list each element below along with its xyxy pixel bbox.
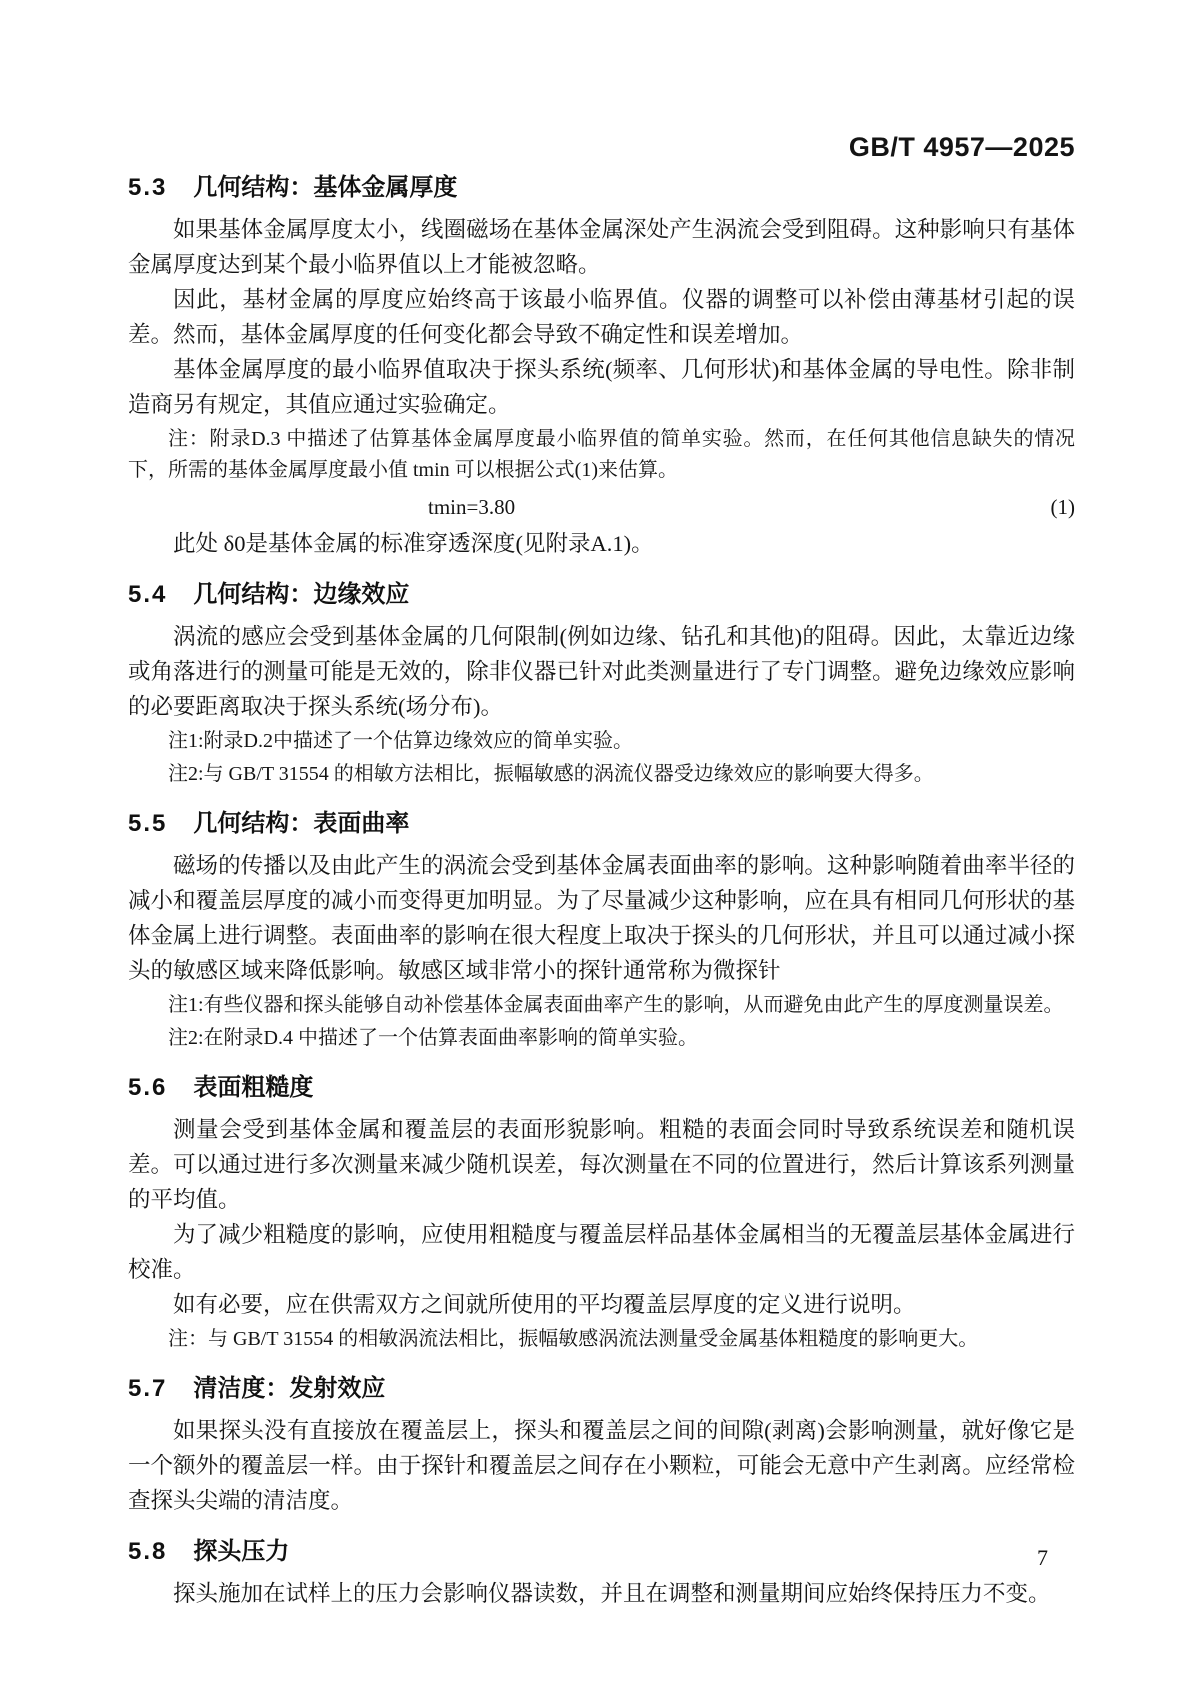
section-number: 5.3 [128,174,167,202]
paragraph: 基体金属厚度的最小临界值取决于探头系统(频率、几何形状)和基体金属的导电性。除非… [128,352,1075,422]
section-number: 5.6 [128,1074,167,1102]
section-title: 清洁度：发射效应 [193,1375,385,1403]
section-title: 探头压力 [193,1538,289,1566]
paragraph: 如果探头没有直接放在覆盖层上，探头和覆盖层之间的间隙(剥离)会影响测量，就好像它… [128,1413,1075,1518]
section-number: 5.5 [128,810,167,838]
paragraph: 探头施加在试样上的压力会影响仪器读数，并且在调整和测量期间应始终保持压力不变。 [128,1576,1075,1611]
section-number: 5.7 [128,1375,167,1403]
note: 注：附录D.3 中描述了估算基体金属厚度最小临界值的简单实验。然而，在任何其他信… [128,424,1075,486]
document-page: GB/T 4957—2025 5.3 几何结构：基体金属厚度 如果基体金属厚度太… [0,0,1190,1684]
section-title: 几何结构：表面曲率 [193,810,409,838]
paragraph: 如有必要，应在供需双方之间就所使用的平均覆盖层厚度的定义进行说明。 [128,1287,1075,1322]
paragraph: 因此，基材金属的厚度应始终高于该最小临界值。仪器的调整可以补偿由薄基材引起的误差… [128,282,1075,352]
section-heading-5-8: 5.8 探头压力 [128,1538,1075,1566]
paragraph: 此处 δ0是基体金属的标准穿透深度(见附录A.1)。 [128,526,1075,561]
section-number: 5.8 [128,1538,167,1566]
note: 注2:与 GB/T 31554 的相敏方法相比，振幅敏感的涡流仪器受边缘效应的影… [128,759,1075,790]
equation-number: (1) [1051,490,1076,524]
section-heading-5-7: 5.7 清洁度：发射效应 [128,1375,1075,1403]
section-title: 表面粗糙度 [193,1074,313,1102]
section-heading-5-5: 5.5 几何结构：表面曲率 [128,810,1075,838]
section-title: 几何结构：边缘效应 [193,581,409,609]
note: 注1:有些仪器和探头能够自动补偿基体金属表面曲率产生的影响，从而避免由此产生的厚… [128,990,1075,1021]
formula: tmin=3.80 [428,490,515,524]
paragraph: 涡流的感应会受到基体金属的几何限制(例如边缘、钻孔和其他)的阻碍。因此，太靠近边… [128,619,1075,724]
paragraph: 如果基体金属厚度太小，线圈磁场在基体金属深处产生涡流会受到阻碍。这种影响只有基体… [128,212,1075,282]
page-number: 7 [1037,1545,1048,1571]
note: 注2:在附录D.4 中描述了一个估算表面曲率影响的简单实验。 [128,1023,1075,1054]
section-title: 几何结构：基体金属厚度 [193,174,457,202]
note: 注1:附录D.2中描述了一个估算边缘效应的简单实验。 [128,726,1075,757]
section-number: 5.4 [128,581,167,609]
note: 注：与 GB/T 31554 的相敏涡流法相比，振幅敏感涡流法测量受金属基体粗糙… [128,1324,1075,1355]
formula-row: tmin=3.80 (1) [128,490,1075,524]
paragraph: 为了减少粗糙度的影响，应使用粗糙度与覆盖层样品基体金属相当的无覆盖层基体金属进行… [128,1217,1075,1287]
section-heading-5-3: 5.3 几何结构：基体金属厚度 [128,174,1075,202]
paragraph: 磁场的传播以及由此产生的涡流会受到基体金属表面曲率的影响。这种影响随着曲率半径的… [128,848,1075,988]
section-heading-5-4: 5.4 几何结构：边缘效应 [128,581,1075,609]
section-heading-5-6: 5.6 表面粗糙度 [128,1074,1075,1102]
paragraph: 测量会受到基体金属和覆盖层的表面形貌影响。粗糙的表面会同时导致系统误差和随机误差… [128,1112,1075,1217]
standard-number-header: GB/T 4957—2025 [128,132,1075,162]
